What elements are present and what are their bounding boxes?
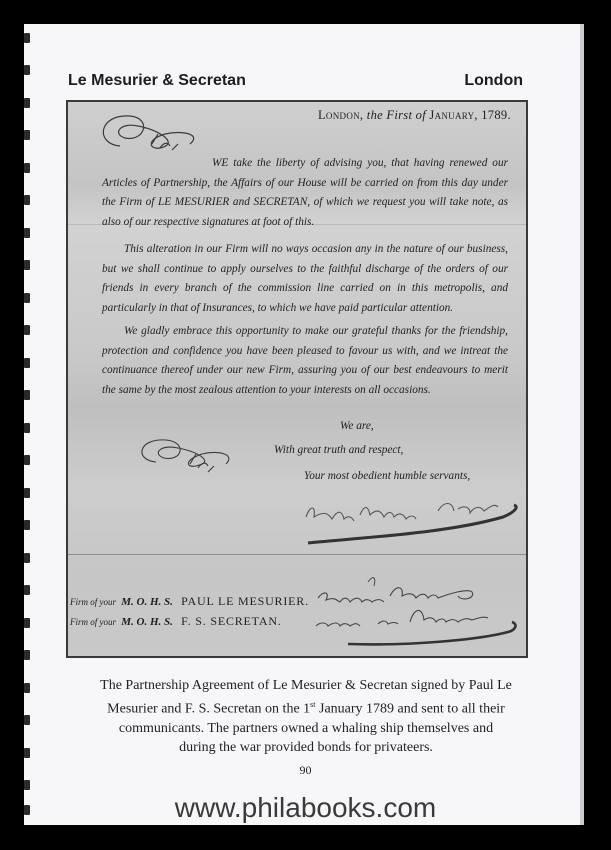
- figure-caption: The Partnership Agreement of Le Mesurier…: [66, 676, 546, 757]
- handwritten-signature: [298, 487, 528, 547]
- spiral-binding-ring: [24, 325, 30, 335]
- partner-signatures: [308, 572, 523, 652]
- spiral-binding-ring: [24, 715, 30, 725]
- caption-line: Mesurier and F. S. Secretan on the 1st J…: [66, 695, 546, 719]
- spiral-binding-ring: [24, 390, 30, 400]
- spiral-binding-ring: [24, 260, 30, 270]
- letter-date-line: London, the First of January, 1789.: [318, 108, 511, 123]
- spiral-binding-ring: [24, 520, 30, 530]
- spiral-binding-ring: [24, 618, 30, 628]
- spiral-binding-ring: [24, 65, 30, 75]
- spiral-binding-ring: [24, 748, 30, 758]
- website-watermark: www.philabooks.com: [0, 792, 611, 824]
- caption-line: The Partnership Agreement of Le Mesurier…: [66, 676, 546, 695]
- spiral-binding-ring: [24, 98, 30, 108]
- spiral-binding-ring: [24, 33, 30, 43]
- paper-fold-line: [68, 554, 526, 555]
- caption-line: during the war provided bonds for privat…: [66, 738, 546, 757]
- letter-paragraph-2: This alteration in our Firm will no ways…: [102, 240, 508, 318]
- running-header-location: London: [464, 72, 523, 90]
- spiral-binding-ring: [24, 553, 30, 563]
- spiral-binding-ring: [24, 488, 30, 498]
- spiral-binding-ring: [24, 130, 30, 140]
- spiral-binding-ring: [24, 650, 30, 660]
- firm-row: Firm of your M. O. H. S. PAUL LE MESURIE…: [70, 594, 309, 609]
- page-edge: [580, 24, 584, 825]
- date-first: First of: [386, 108, 426, 122]
- spiral-binding-ring: [24, 358, 30, 368]
- spiral-binding-ring: [24, 780, 30, 790]
- spiral-binding-ring: [24, 195, 30, 205]
- running-header-title: Le Mesurier & Secretan: [68, 72, 246, 90]
- letter-paragraph-3: We gladly embrace this opportunity to ma…: [102, 322, 508, 400]
- closing-servants: Your most obedient humble servants,: [304, 470, 470, 482]
- spiral-binding-ring: [24, 423, 30, 433]
- letter-facsimile: London, the First of January, 1789. WE t…: [66, 100, 528, 658]
- date-year: 1789.: [481, 108, 511, 122]
- spiral-binding-ring: [24, 163, 30, 173]
- spiral-binding-ring: [24, 293, 30, 303]
- page-number: 90: [0, 763, 611, 778]
- firm-row: Firm of your M. O. H. S. F. S. SECRETAN.: [70, 614, 282, 629]
- closing-we-are: We are,: [340, 420, 374, 432]
- spiral-binding-ring: [24, 455, 30, 465]
- date-the: the: [367, 108, 383, 122]
- spiral-binding-ring: [24, 585, 30, 595]
- date-place: London,: [318, 108, 363, 122]
- closing-respect: With great truth and respect,: [274, 444, 403, 456]
- sir-flourish-icon: [132, 432, 242, 482]
- spiral-binding-ring: [24, 683, 30, 693]
- spiral-binding-ring: [24, 228, 30, 238]
- letter-paragraph-1: WE take the liberty of advising you, tha…: [102, 154, 508, 232]
- caption-line: communicants. The partners owned a whali…: [66, 719, 546, 738]
- date-month: January,: [429, 108, 477, 122]
